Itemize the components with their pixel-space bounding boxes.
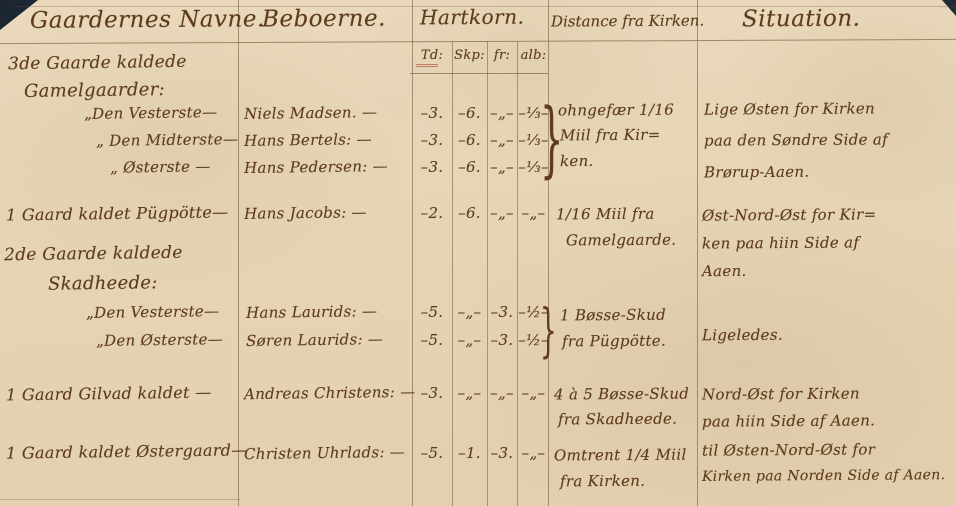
cell-td: –3. [412,104,452,122]
distance-text: 4 à 5 Bøsse-Skud [554,385,689,404]
row-name: 1 Gaard kaldet Østergaard— [6,440,248,462]
cell-fr: –„– [487,158,517,176]
situation-text: til Østen-Nord-Øst for [702,440,875,459]
cell-alb: –„– [517,384,550,402]
row-name: „Den Vesterste— [86,302,220,322]
unit-header-td: Td: [412,48,452,63]
unit-header-alb: alb: [517,48,550,63]
cell-alb: –„– [517,204,550,222]
cell-skp: –6. [452,158,487,176]
distance-text: Miil fra Kir= [560,126,661,145]
row-name: „ Den Midterste— [96,130,238,150]
row-inhabitant: Christen Uhrlads: — [244,443,405,463]
situation-text: paa hiin Side af Aaen. [702,411,875,430]
column-header-inhabitants: Beboerne. [262,6,386,33]
row-name: 1 Gaard Gilvad kaldet — [6,383,212,405]
cell-fr: –3. [487,303,517,321]
red-underline [416,64,438,65]
cell-fr: –3. [487,331,517,349]
cell-skp: –„– [452,331,487,349]
cell-fr: –3. [487,444,517,462]
situation-text: Aaen. [702,262,747,280]
cell-fr: –„– [487,131,517,149]
unit-header-skp: Skp: [452,48,487,63]
column-divider [548,0,549,506]
column-header-distance: Distance fra Kirken. [551,11,704,30]
cell-skp: –„– [452,384,487,402]
distance-text: ohngefær 1/16 [558,101,674,120]
ruled-line-header [0,39,956,44]
row-inhabitant: Hans Jacobs: — [244,203,367,223]
distance-text: 1/16 Miil fra [556,205,655,224]
distance-text: fra Kirken. [560,472,645,491]
cell-td: –2. [412,204,452,222]
cell-td: –5. [412,444,452,462]
red-underline [416,66,438,67]
situation-text: Ligeledes. [702,326,783,345]
row-name: „Den Vesterste— [84,103,218,123]
row-inhabitant: Hans Pedersen: — [244,157,388,177]
ruled-line-subheader [410,73,548,74]
row-inhabitant: Niels Madsen. — [244,103,377,123]
distance-text: ken. [560,152,594,170]
situation-text: Øst-Nord-Øst for Kir= [702,205,877,224]
column-divider [238,0,239,506]
cell-skp: –6. [452,204,487,222]
row-inhabitant: Hans Laurids: — [246,302,378,322]
cell-td: –5. [412,331,452,349]
situation-text: Nord-Øst for Kirken [702,384,860,403]
distance-text: fra Pügpötte. [562,332,666,351]
row-name: 1 Gaard kaldet Pügpötte— [6,202,229,224]
situation-text: Brørup-Aaen. [704,163,810,182]
manuscript-page: Gaardernes Navne. Beboerne. Hartkorn. Di… [0,0,956,506]
row-name: „ Østerste — [110,157,211,176]
distance-text: 1 Bøsse-Skud [560,306,666,325]
group-heading: Gamelgaarder: [24,79,165,102]
cell-fr: –„– [487,384,517,402]
cell-td: –3. [412,131,452,149]
group-heading: 2de Gaarde kaldede [4,243,183,265]
cell-skp: –6. [452,131,487,149]
cell-alb: –„– [517,444,550,462]
group-heading: Skadheede: [48,272,158,295]
row-inhabitant: Hans Bertels: — [244,130,372,150]
distance-text: Gamelgaarde. [566,231,676,250]
cell-fr: –„– [487,104,517,122]
distance-text: fra Skadheede. [558,410,677,429]
cell-fr: –„– [487,204,517,222]
ruled-line-bottom [0,499,240,500]
group-brace: } [540,296,557,364]
situation-text: ken paa hiin Side af [702,233,859,252]
column-divider [697,0,698,506]
cell-skp: –6. [452,104,487,122]
cell-skp: –„– [452,303,487,321]
situation-text: Kirken paa Norden Side af Aaen. [702,467,945,485]
cell-skp: –1. [452,444,487,462]
column-header-hartkorn: Hartkorn. [420,5,525,30]
cell-td: –3. [412,158,452,176]
row-name: „Den Østerste— [96,330,223,350]
unit-header-fr: fr: [487,48,517,63]
cell-td: –3. [412,384,452,402]
column-header-situation: Situation. [742,6,861,33]
situation-text: Lige Østen for Kirken [704,99,875,118]
cell-td: –5. [412,303,452,321]
column-divider [412,0,413,506]
row-inhabitant: Andreas Christens: — [244,383,416,403]
scan-corner-dark [942,0,956,16]
group-heading: 3de Gaarde kaldede [8,52,187,74]
distance-text: Omtrent 1/4 Miil [554,446,687,465]
situation-text: paa den Søndre Side af [704,130,888,149]
row-inhabitant: Søren Laurids: — [246,330,383,350]
column-header-names: Gaardernes Navne. [30,6,265,34]
